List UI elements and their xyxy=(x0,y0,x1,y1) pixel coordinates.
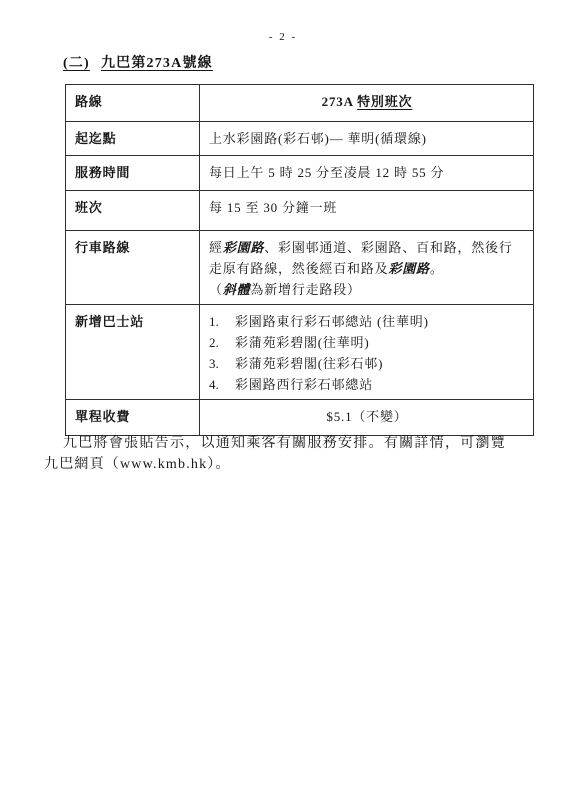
heading-index: (二) xyxy=(63,56,90,71)
heading-title: 九巴第273A號線 xyxy=(101,56,213,71)
routing-segment: 經 xyxy=(209,240,223,255)
row-label-frequency: 班次 xyxy=(66,191,200,231)
routing-note: （斜體為新增行走路段） xyxy=(209,279,525,300)
bus-stop-name: 彩園路東行彩石邨總站 (往華明) xyxy=(235,311,429,332)
routing-note-segment: 為新增行走路段） xyxy=(250,282,360,297)
routing-note-segment: （ xyxy=(209,282,223,297)
row-label-service-hours: 服務時間 xyxy=(66,156,200,191)
routing-segment-emphasis: 彩園路 xyxy=(223,240,264,255)
bus-stop-item: 4.彩園路西行彩石邨總站 xyxy=(209,374,525,395)
section-heading: (二)九巴第273A號線 xyxy=(63,52,213,72)
page-number: - 2 - xyxy=(0,31,566,43)
row-label-new-stops: 新增巴士站 xyxy=(66,305,200,400)
row-label-termini: 起迄點 xyxy=(66,122,200,156)
routing-text: 經彩園路、彩園邨通道、彩園路、百和路，然後行走原有路線，然後經百和路及彩園路。 xyxy=(209,237,525,279)
row-label-route: 路線 xyxy=(66,85,200,122)
row-value-termini: 上水彩園路(彩石邨)— 華明(循環線) xyxy=(200,122,534,156)
bus-stop-item: 3.彩蒲苑彩碧閣(往彩石邨) xyxy=(209,353,525,374)
bus-stop-name: 彩蒲苑彩碧閣(往華明) xyxy=(235,332,369,353)
notice-paragraph: 九巴將會張貼告示，以通知乘客有關服務安排。有關詳情，可瀏覽九巴網頁（www.km… xyxy=(44,433,506,475)
route-info-table: 路線 273A 特別班次 起迄點 上水彩園路(彩石邨)— 華明(循環線) 服務時… xyxy=(65,84,534,436)
row-value-route: 273A 特別班次 xyxy=(200,85,534,122)
table-row-route: 路線 273A 特別班次 xyxy=(66,85,534,122)
table-row-frequency: 班次 每 15 至 30 分鐘一班 xyxy=(66,191,534,231)
row-label-routing: 行車路線 xyxy=(66,231,200,305)
bus-stop-number: 3. xyxy=(209,353,235,374)
routing-segment: 。 xyxy=(430,261,444,276)
row-value-service-hours: 每日上午 5 時 25 分至凌晨 12 時 55 分 xyxy=(200,156,534,191)
row-label-fare: 單程收費 xyxy=(66,400,200,436)
bus-stop-number: 4. xyxy=(209,374,235,395)
document-page: - 2 - (二)九巴第273A號線 路線 273A 特別班次 起迄點 上水彩園… xyxy=(0,0,566,800)
route-number: 273A xyxy=(322,94,353,109)
bus-stop-item: 1.彩園路東行彩石邨總站 (往華明) xyxy=(209,311,525,332)
routing-note-emphasis: 斜體 xyxy=(223,282,251,297)
bus-stop-item: 2.彩蒲苑彩碧閣(往華明) xyxy=(209,332,525,353)
table-row-fare: 單程收費 $5.1（不變） xyxy=(66,400,534,436)
bus-stop-number: 1. xyxy=(209,311,235,332)
table-row-routing: 行車路線 經彩園路、彩園邨通道、彩園路、百和路，然後行走原有路線，然後經百和路及… xyxy=(66,231,534,305)
bus-stop-name: 彩蒲苑彩碧閣(往彩石邨) xyxy=(235,353,383,374)
table-row-new-stops: 新增巴士站 1.彩園路東行彩石邨總站 (往華明) 2.彩蒲苑彩碧閣(往華明) 3… xyxy=(66,305,534,400)
table-row-service-hours: 服務時間 每日上午 5 時 25 分至凌晨 12 時 55 分 xyxy=(66,156,534,191)
bus-stop-name: 彩園路西行彩石邨總站 xyxy=(235,374,373,395)
row-value-frequency: 每 15 至 30 分鐘一班 xyxy=(200,191,534,231)
row-value-new-stops: 1.彩園路東行彩石邨總站 (往華明) 2.彩蒲苑彩碧閣(往華明) 3.彩蒲苑彩碧… xyxy=(200,305,534,400)
row-value-fare: $5.1（不變） xyxy=(200,400,534,436)
routing-segment-emphasis: 彩園路 xyxy=(388,261,429,276)
route-name: 特別班次 xyxy=(357,94,412,109)
row-value-routing: 經彩園路、彩園邨通道、彩園路、百和路，然後行走原有路線，然後經百和路及彩園路。 … xyxy=(200,231,534,305)
bus-stop-number: 2. xyxy=(209,332,235,353)
table-row-termini: 起迄點 上水彩園路(彩石邨)— 華明(循環線) xyxy=(66,122,534,156)
